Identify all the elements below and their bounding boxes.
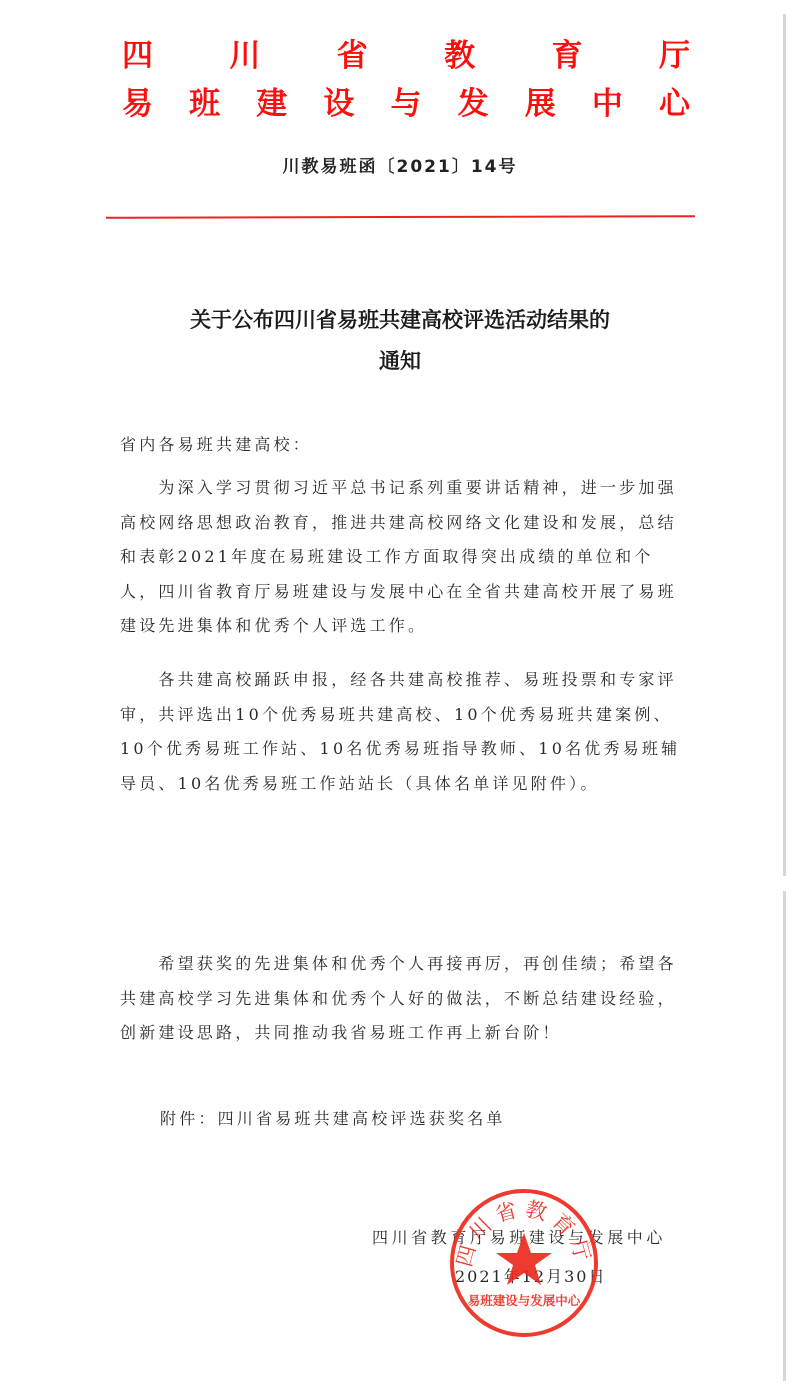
document-title: 关于公布四川省易班共建高校评选活动结果的 通知: [0, 300, 800, 382]
paragraph-text: 各共建高校踊跃申报，经各共建高校推荐、易班投票和专家评审，共评选出10个优秀易班…: [120, 663, 690, 801]
letterhead-char: 展: [525, 86, 556, 122]
paragraph-text: 希望获奖的先进集体和优秀个人再接再厉，再创佳绩；希望各共建高校学习先进集体和优秀…: [120, 947, 690, 1051]
letterhead-char: 厅: [659, 38, 690, 74]
letterhead-char: 育: [552, 38, 583, 74]
paragraph-2: 各共建高校踊跃申报，经各共建高校推荐、易班投票和专家评审，共评选出10个优秀易班…: [120, 663, 690, 801]
signature-date: 2021年12月30日: [455, 1260, 606, 1294]
letterhead-char: 教: [444, 38, 475, 74]
letterhead-char: 班: [189, 86, 220, 122]
letterhead-char: 省: [337, 38, 368, 74]
attachment-note: 附件：四川省易班共建高校评选获奖名单: [160, 1102, 700, 1137]
paragraph-3: 希望获奖的先进集体和优秀个人再接再厉，再创佳绩；希望各共建高校学习先进集体和优秀…: [120, 947, 690, 1051]
letterhead-char: 心: [659, 86, 690, 122]
letterhead-char: 设: [323, 86, 354, 122]
page-edge-line: [783, 14, 786, 876]
salutation-text: 省内各易班共建高校：: [120, 428, 690, 463]
attachment-text: 附件：四川省易班共建高校评选获奖名单: [160, 1102, 700, 1137]
letterhead-char: 中: [592, 86, 623, 122]
red-divider: [106, 215, 695, 219]
paragraph-1: 为深入学习贯彻习近平总书记系列重要讲话精神，进一步加强高校网络思想政治教育，推进…: [120, 471, 690, 644]
paragraph-text: 为深入学习贯彻习近平总书记系列重要讲话精神，进一步加强高校网络思想政治教育，推进…: [120, 471, 690, 644]
title-line-1: 关于公布四川省易班共建高校评选活动结果的: [0, 300, 800, 341]
letterhead-char: 建: [256, 86, 287, 122]
letterhead-char: 与: [391, 86, 422, 122]
letterhead-char: 发: [458, 86, 489, 122]
page-edge-line: [783, 891, 786, 1381]
title-line-2: 通知: [0, 341, 800, 382]
document-number: 川教易班函〔2021〕14号: [0, 152, 800, 177]
letterhead-line-2: 易 班 建 设 与 发 展 中 心: [122, 86, 690, 122]
letterhead-char: 川: [229, 38, 260, 74]
letterhead-line-1: 四 川 省 教 育 厅: [122, 38, 690, 74]
seal-bottom-text: 易班建设与发展中心: [468, 1293, 581, 1308]
letterhead-char: 易: [122, 86, 153, 122]
salutation: 省内各易班共建高校：: [120, 428, 690, 463]
letterhead-char: 四: [122, 38, 153, 74]
signature-organization: 四川省教育厅易班建设与发展中心: [372, 1221, 666, 1255]
